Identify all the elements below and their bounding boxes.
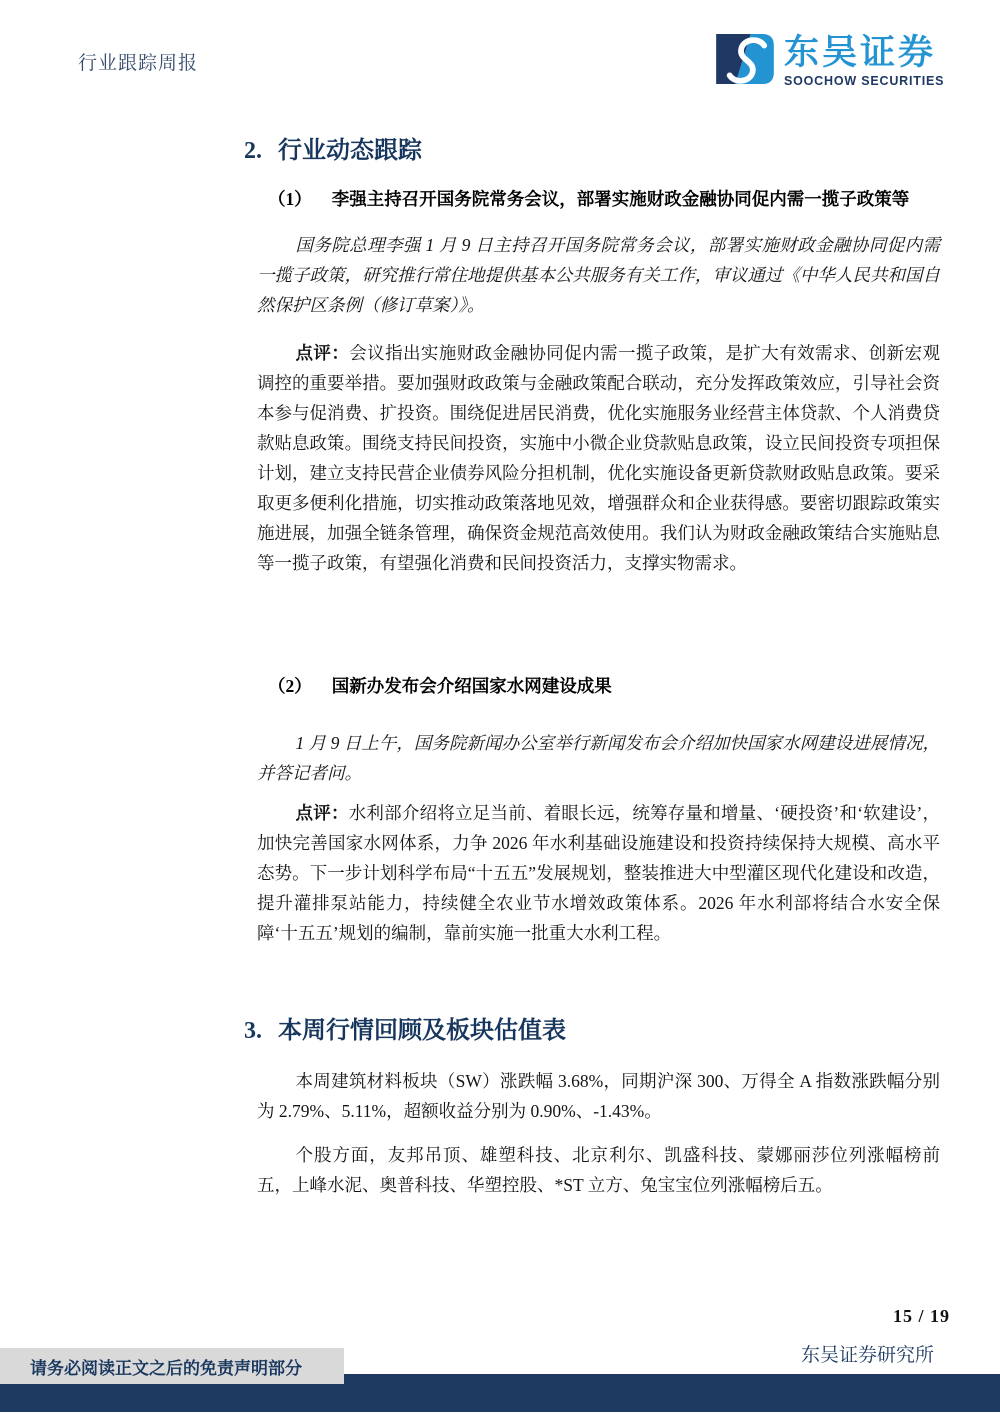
footer-institute: 东吴证券研究所 [801, 1340, 934, 1367]
item-1-comment: 点评：会议指出实施财政金融协同促内需一揽子政策，是扩大有效需求、创新宏观调控的重… [257, 338, 940, 578]
disclaimer-box: 请务必阅读正文之后的免责声明部分 [0, 1348, 344, 1384]
section-3-heading: 3.本周行情回顾及板块估值表 [244, 1010, 944, 1045]
soochow-logo: 东吴证券 SOOCHOW SECURITIES [716, 34, 944, 88]
disclaimer-text: 请务必阅读正文之后的免责声明部分 [0, 1354, 302, 1379]
section-3-title: 本周行情回顾及板块估值表 [278, 1018, 566, 1044]
section-3-number: 3. [244, 1018, 262, 1045]
market-paragraph-1: 本周建筑材料板块（SW）涨跌幅 3.68%，同期沪深 300、万得全 A 指数涨… [257, 1066, 940, 1126]
item-1-number: （1） [268, 186, 312, 211]
item-1-title: 李强主持召开国务院常务会议，部署实施财政金融协同促内需一揽子政策等 [332, 189, 910, 209]
market-paragraph-2: 个股方面，友邦吊顶、雄塑科技、北京利尔、凯盛科技、蒙娜丽莎位列涨幅榜前五，上峰水… [257, 1140, 940, 1200]
page-number: 15 / 19 [893, 1306, 950, 1327]
logo-name-en: SOOCHOW SECURITIES [784, 74, 944, 88]
report-page: { "header": { "report_type": "行业跟踪周报", "… [0, 0, 1000, 1414]
comment-label-2: 点评： [296, 803, 349, 823]
item-2-title: 国新办发布会介绍国家水网建设成果 [332, 676, 612, 696]
item-2-heading: （2）国新办发布会介绍国家水网建设成果 [268, 673, 940, 698]
logo-name-cn: 东吴证券 [784, 34, 944, 72]
soochow-logo-icon [716, 34, 774, 84]
item-1-comment-text: 会议指出实施财政金融协同促内需一揽子政策，是扩大有效需求、创新宏观调控的重要举措… [257, 343, 940, 573]
section-2-heading: 2.行业动态跟踪 [244, 130, 944, 165]
section-2-number: 2. [244, 138, 262, 165]
item-1-heading: （1）李强主持召开国务院常务会议，部署实施财政金融协同促内需一揽子政策等 [268, 186, 940, 211]
comment-label-1: 点评： [296, 343, 350, 363]
section-2-title: 行业动态跟踪 [278, 138, 422, 164]
item-2-intro: 1 月 9 日上午，国务院新闻办公室举行新闻发布会介绍加快国家水网建设进展情况，… [257, 728, 940, 788]
soochow-logo-text: 东吴证券 SOOCHOW SECURITIES [784, 34, 944, 88]
item-1-intro: 国务院总理李强 1 月 9 日主持召开国务院常务会议，部署实施财政金融协同促内需… [257, 230, 940, 320]
item-2-number: （2） [268, 673, 312, 698]
header-report-type: 行业跟踪周报 [78, 48, 198, 75]
item-2-comment-text: 水利部介绍将立足当前、着眼长远，统筹存量和增量、‘硬投资’和‘软建设’，加快完善… [257, 803, 940, 943]
item-2-comment: 点评：水利部介绍将立足当前、着眼长远，统筹存量和增量、‘硬投资’和‘软建设’，加… [257, 798, 940, 948]
